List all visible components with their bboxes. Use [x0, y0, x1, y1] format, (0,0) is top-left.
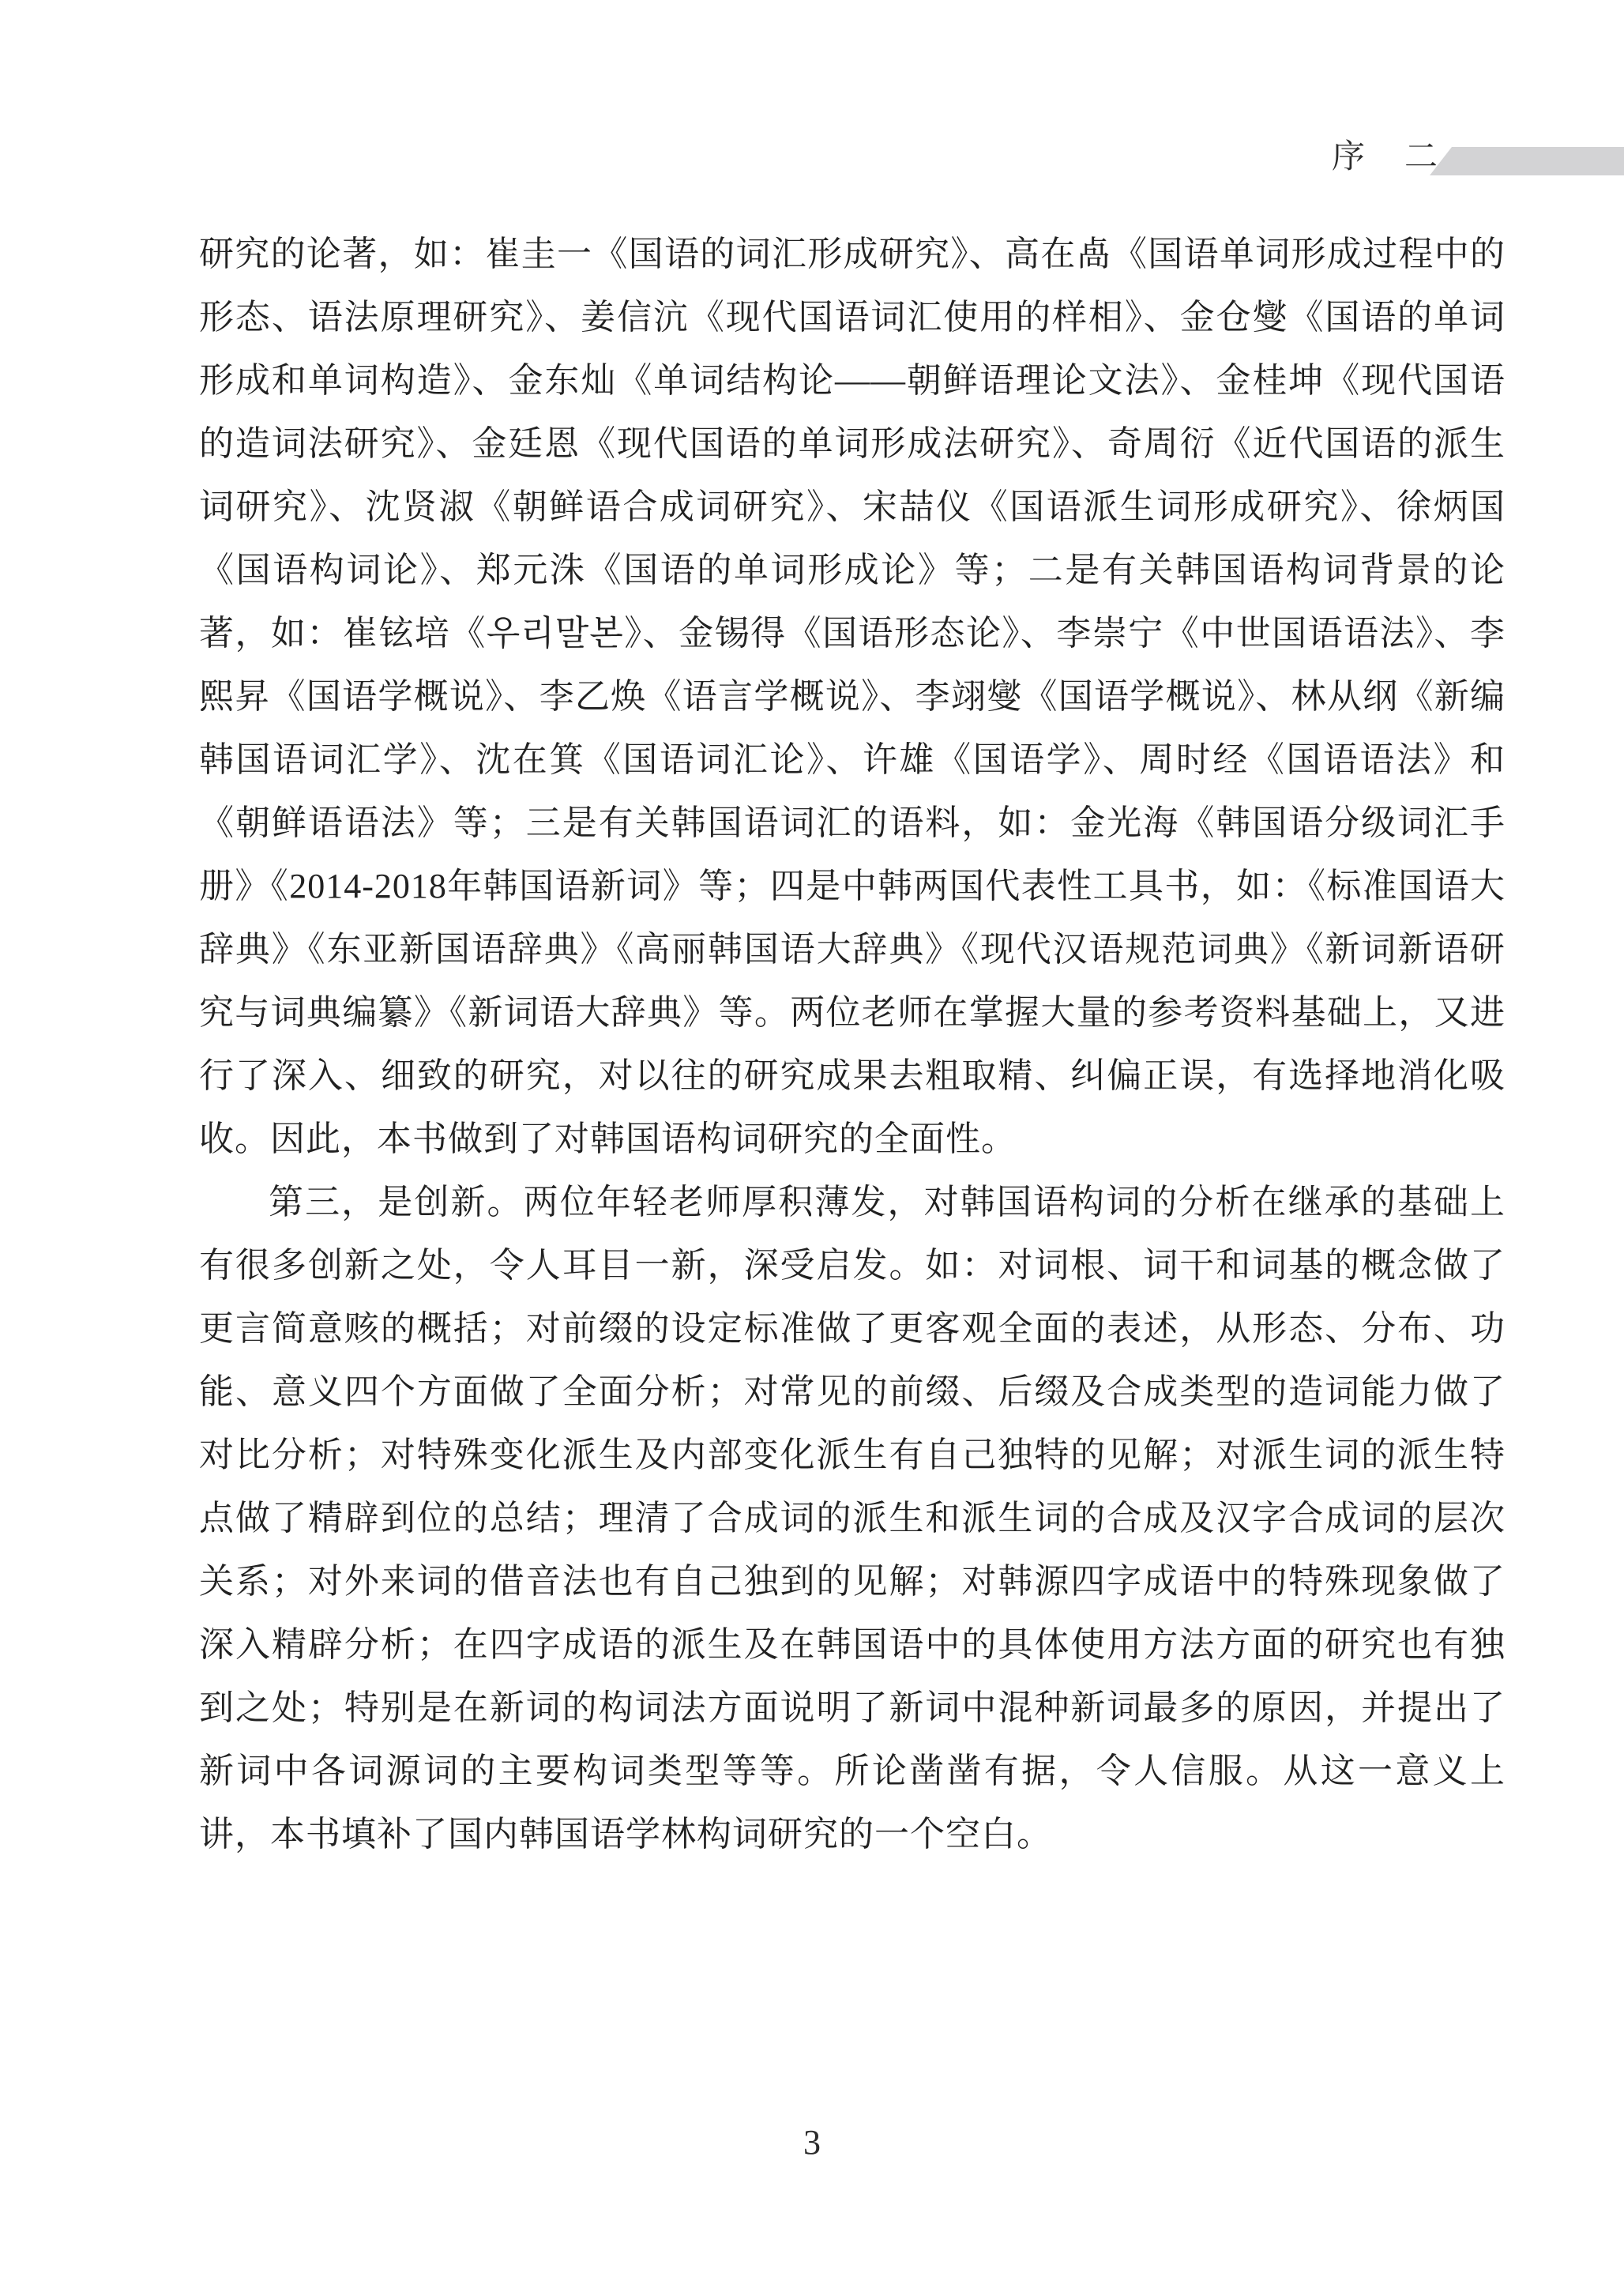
page-footer: 3 — [0, 2122, 1624, 2162]
header-decorative-bar — [1430, 147, 1624, 175]
paragraph-third-point: 第三，是创新。两位年轻老师厚积薄发，对韩国语构词的分析在继承的基础上有很多创新之… — [199, 1171, 1506, 1866]
document-page: 序 二 研究的论著，如：崔圭一《国语的词汇形成研究》、高在卨《国语单词形成过程中… — [0, 0, 1624, 2277]
running-head: 序 二 — [0, 139, 1624, 177]
section-title: 序 二 — [1332, 139, 1441, 175]
preface-body: 研究的论著，如：崔圭一《国语的词汇形成研究》、高在卨《国语单词形成过程中的形态、… — [199, 223, 1506, 1866]
page-number: 3 — [803, 2123, 821, 2162]
paragraph-continuation: 研究的论著，如：崔圭一《国语的词汇形成研究》、高在卨《国语单词形成过程中的形态、… — [199, 223, 1506, 1171]
